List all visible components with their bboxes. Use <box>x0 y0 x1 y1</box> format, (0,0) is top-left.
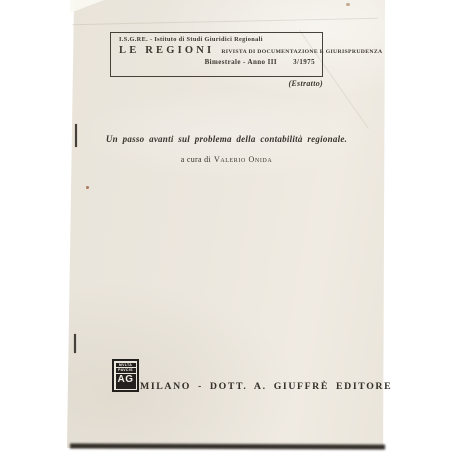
paper-speck <box>346 3 350 6</box>
page-edge-shadow <box>70 443 385 449</box>
journal-title-row: LE REGIONI RIVISTA DI DOCUMENTAZIONE E G… <box>119 45 315 56</box>
journal-header-box: I.S.G.RE. - Istituto di Studi Giuridici … <box>110 32 323 77</box>
byline-prefix: a cura di <box>181 155 211 164</box>
journal-frequency: Bimestrale - Anno III <box>205 58 277 66</box>
logo-motto-line2: PAVCIS <box>116 368 136 373</box>
giuffre-publisher-logo: MVLTA PAVCIS AG <box>112 359 139 392</box>
byline: a cura diValerio Onida <box>68 155 385 164</box>
author-name: Valerio Onida <box>214 155 272 164</box>
journal-title: LE REGIONI <box>119 45 214 56</box>
issue-number: 3/1975 <box>293 58 315 66</box>
publisher-imprint: MILANO - DOTT. A. GIUFFRÈ EDITORE <box>140 381 335 392</box>
issue-info-row: Bimestrale - Anno III 3/1975 <box>119 58 315 66</box>
article-title: Un passo avanti sul problema della conta… <box>68 134 385 144</box>
staple <box>75 124 77 147</box>
corner-fold <box>70 0 104 13</box>
logo-monogram: AG <box>116 374 136 388</box>
extract-label: (Estratto) <box>223 79 323 88</box>
paper-speck <box>86 186 89 189</box>
staple <box>74 334 76 353</box>
journal-subtitle: RIVISTA DI DOCUMENTAZIONE E GIURISPRUDEN… <box>221 49 382 55</box>
scanned-cover-page: I.S.G.RE. - Istituto di Studi Giuridici … <box>0 0 455 455</box>
logo-motto-line1: MVLTA <box>116 363 136 368</box>
institute-name: I.S.G.RE. - Istituto di Studi Giuridici … <box>119 36 315 43</box>
